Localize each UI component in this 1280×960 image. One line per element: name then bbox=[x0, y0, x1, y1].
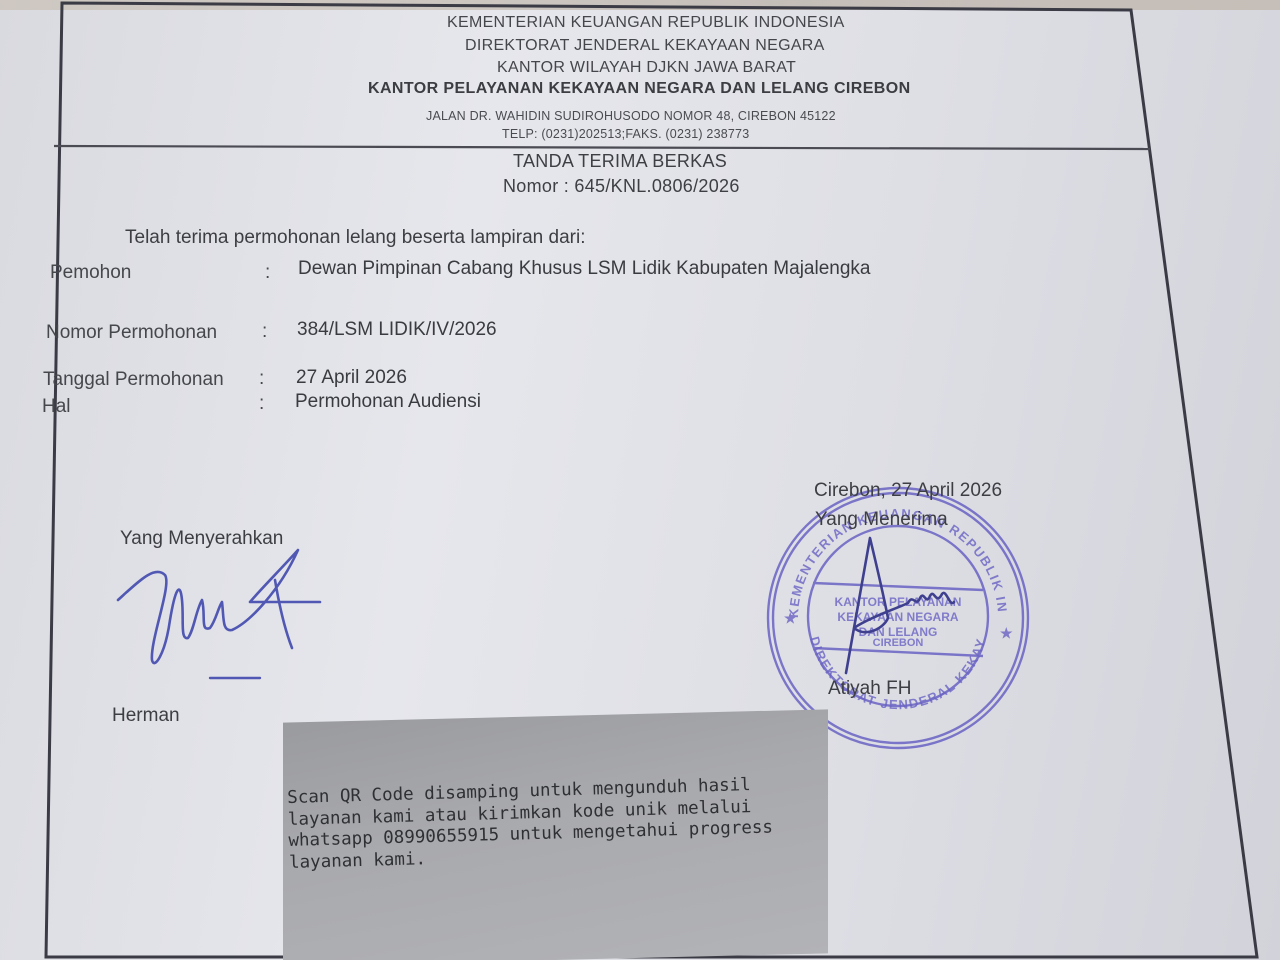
header-address: JALAN DR. WAHIDIN SUDIROHUSODO NOMOR 48,… bbox=[426, 109, 836, 123]
field-label: Hal bbox=[42, 396, 71, 418]
receiver-place-date: Cirebon, 27 April 2026 bbox=[814, 480, 1002, 502]
field-separator: : bbox=[259, 393, 264, 415]
document-title: TANDA TERIMA BERKAS bbox=[513, 151, 727, 172]
field-separator: : bbox=[259, 368, 264, 390]
header-directorate: DIREKTORAT JENDERAL KEKAYAAN NEGARA bbox=[465, 37, 825, 55]
header-regional-office: KANTOR WILAYAH DJKN JAWA BARAT bbox=[497, 59, 796, 77]
field-value: Dewan Pimpinan Cabang Khusus LSM Lidik K… bbox=[298, 258, 870, 280]
header-contact: TELP: (0231)202513;FAKS. (0231) 238773 bbox=[502, 127, 749, 141]
svg-text:★: ★ bbox=[784, 610, 797, 626]
sender-name: Herman bbox=[112, 705, 180, 727]
intro-text: Telah terima permohonan lelang beserta l… bbox=[125, 227, 585, 249]
field-label: Tanggal Permohonan bbox=[43, 369, 224, 391]
document-number: Nomor : 645/KNL.0806/2026 bbox=[503, 176, 740, 197]
header-office: KANTOR PELAYANAN KEKAYAAN NEGARA DAN LEL… bbox=[368, 80, 911, 98]
field-value: 27 April 2026 bbox=[296, 367, 407, 389]
field-separator: : bbox=[262, 321, 267, 343]
receiver-caption: Yang Menerima bbox=[815, 509, 948, 531]
qr-notice-text: Scan QR Code disamping untuk mengunduh h… bbox=[287, 774, 774, 873]
receiver-name: Atiyah FH bbox=[828, 678, 911, 700]
field-value: 384/LSM LIDIK/IV/2026 bbox=[297, 319, 497, 341]
header-ministry: KEMENTERIAN KEUANGAN REPUBLIK INDONESIA bbox=[447, 14, 845, 32]
svg-text:CIREBON: CIREBON bbox=[873, 637, 924, 649]
sender-signature-icon bbox=[110, 520, 330, 690]
field-label: Pemohon bbox=[50, 262, 131, 284]
svg-text:★: ★ bbox=[1000, 625, 1013, 641]
field-separator: : bbox=[265, 262, 270, 284]
field-label: Nomor Permohonan bbox=[46, 322, 217, 344]
field-value: Permohonan Audiensi bbox=[295, 391, 481, 413]
